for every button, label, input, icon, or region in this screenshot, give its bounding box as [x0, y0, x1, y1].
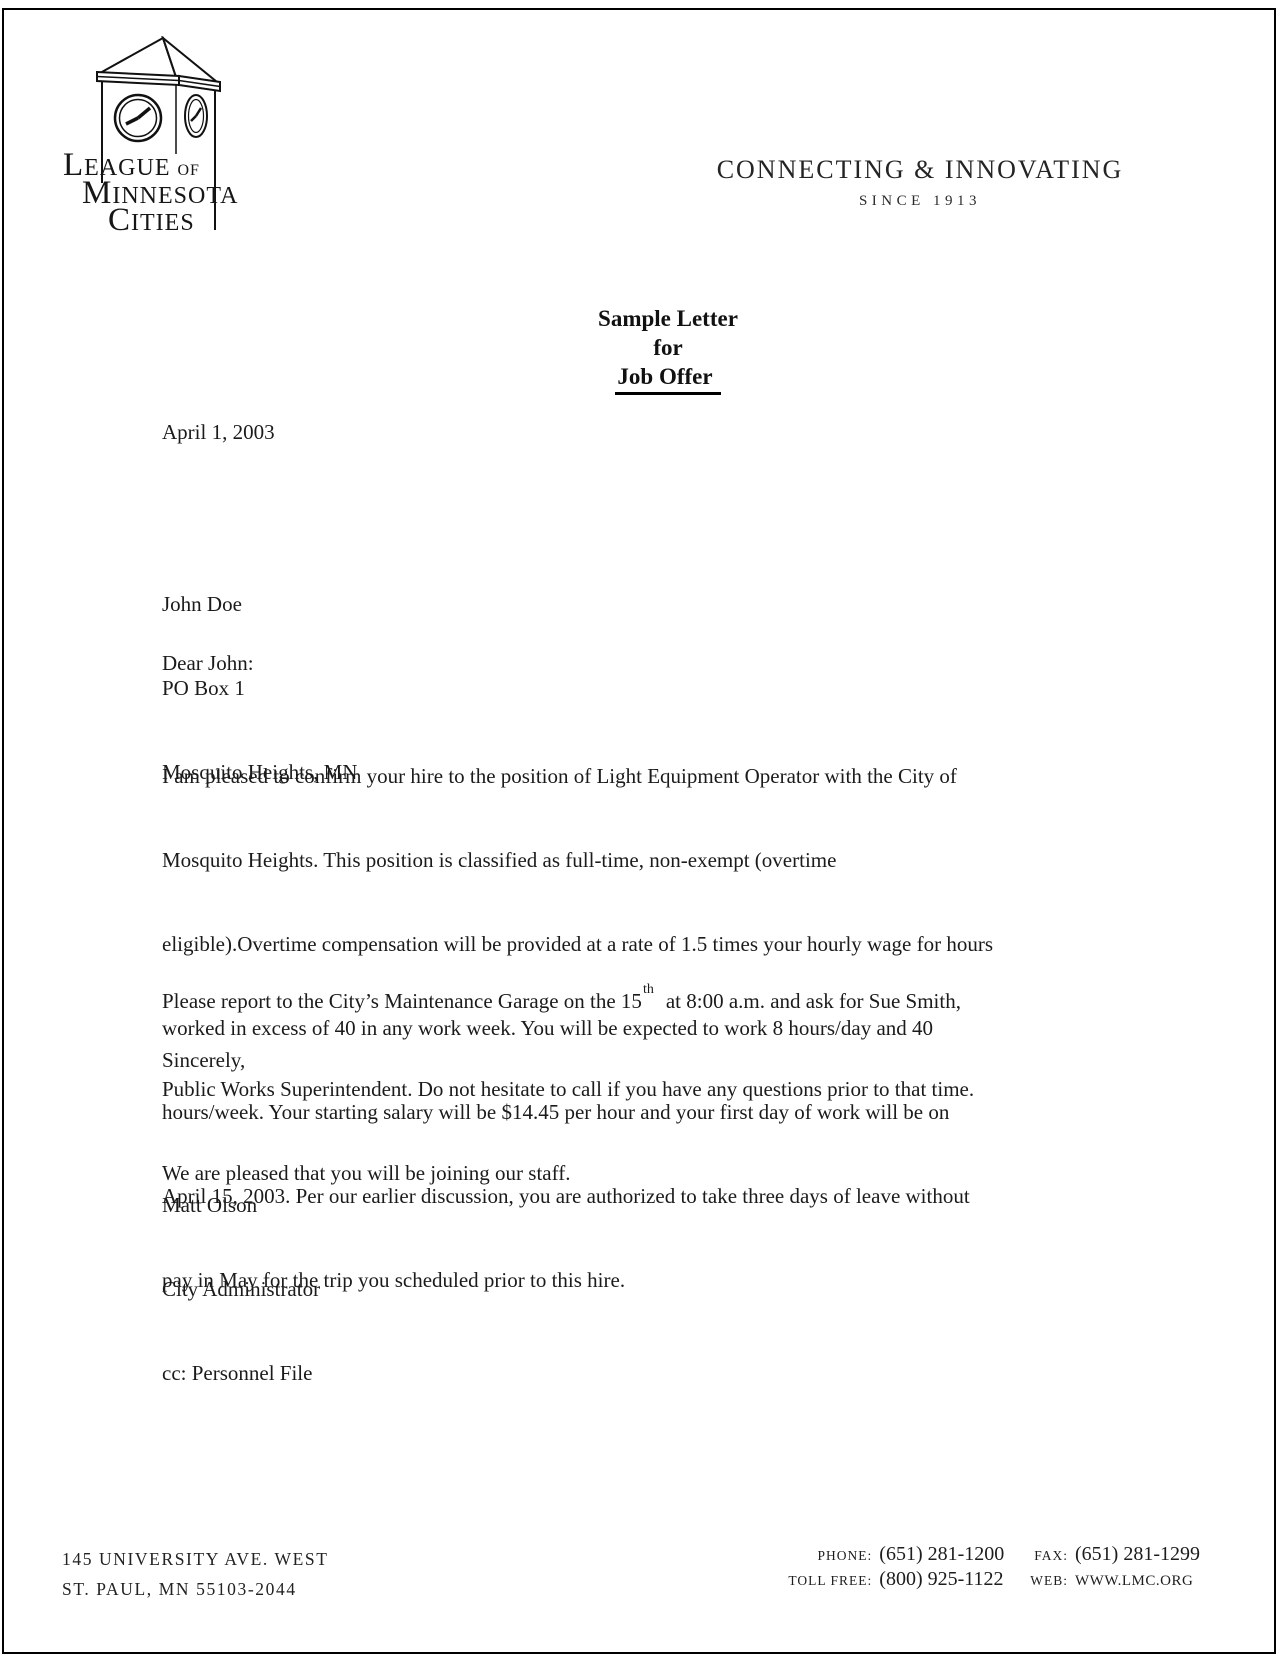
lmc-logo: LEAGUEOF MINNESOTA CITIES: [51, 36, 281, 251]
title-underlined: Job Offer: [615, 362, 720, 395]
letter-title: Sample Letter for Job Offer: [388, 304, 948, 395]
footer-contact: PHONE: (651) 281-1200 FAX: (651) 281-129…: [788, 1543, 1200, 1591]
title-line3: Job Offer: [388, 362, 948, 395]
tollfree-label: TOLL FREE:: [788, 1573, 872, 1589]
title-line1: Sample Letter: [388, 304, 948, 333]
recipient-address: PO Box 1: [162, 674, 357, 702]
signature-block: Matt Olson City Administrator cc: Person…: [162, 1135, 320, 1443]
header-tagline: CONNECTING & INNOVATING: [644, 155, 1196, 185]
footer-address: 145 UNIVERSITY AVE. WEST ST. PAUL, MN 55…: [62, 1544, 329, 1604]
p2-line1: Please report to the City’s Maintenance …: [162, 987, 974, 1019]
recipient-name: John Doe: [162, 590, 357, 618]
header-since: SINCE 1913: [644, 193, 1196, 210]
salutation: Dear John:: [162, 649, 254, 677]
tollfree-value: (800) 925-1122: [879, 1568, 1004, 1591]
logo-text-line3: CITIES: [108, 203, 195, 243]
fax-label: FAX:: [1030, 1548, 1068, 1564]
title-line2: for: [388, 333, 948, 362]
letter-page: LEAGUEOF MINNESOTA CITIES CONNECTING & I…: [2, 8, 1276, 1654]
footer-address-line1: 145 UNIVERSITY AVE. WEST: [62, 1544, 329, 1574]
signature-name: Matt Olson: [162, 1191, 320, 1219]
p2-line: Public Works Superintendent. Do not hesi…: [162, 1075, 974, 1103]
fax-value: (651) 281-1299: [1075, 1543, 1200, 1566]
signature-cc: cc: Personnel File: [162, 1359, 320, 1387]
p1-line: I am pleased to confirm your hire to the…: [162, 762, 993, 790]
closing: Sincerely,: [162, 1046, 245, 1074]
web-label: WEB:: [1030, 1573, 1068, 1589]
phone-label: PHONE:: [788, 1548, 872, 1564]
ordinal-superscript: th: [643, 982, 654, 997]
p1-line: Mosquito Heights. This position is class…: [162, 846, 993, 874]
logo-initial-l: L: [63, 147, 84, 183]
signature-title: City Administrator: [162, 1275, 320, 1303]
footer-address-line2: ST. PAUL, MN 55103-2044: [62, 1574, 329, 1604]
logo-initial-c: C: [108, 202, 131, 238]
web-value: WWW.LMC.ORG: [1075, 1573, 1200, 1590]
phone-value: (651) 281-1200: [879, 1543, 1004, 1566]
letter-date: April 1, 2003: [162, 418, 275, 446]
